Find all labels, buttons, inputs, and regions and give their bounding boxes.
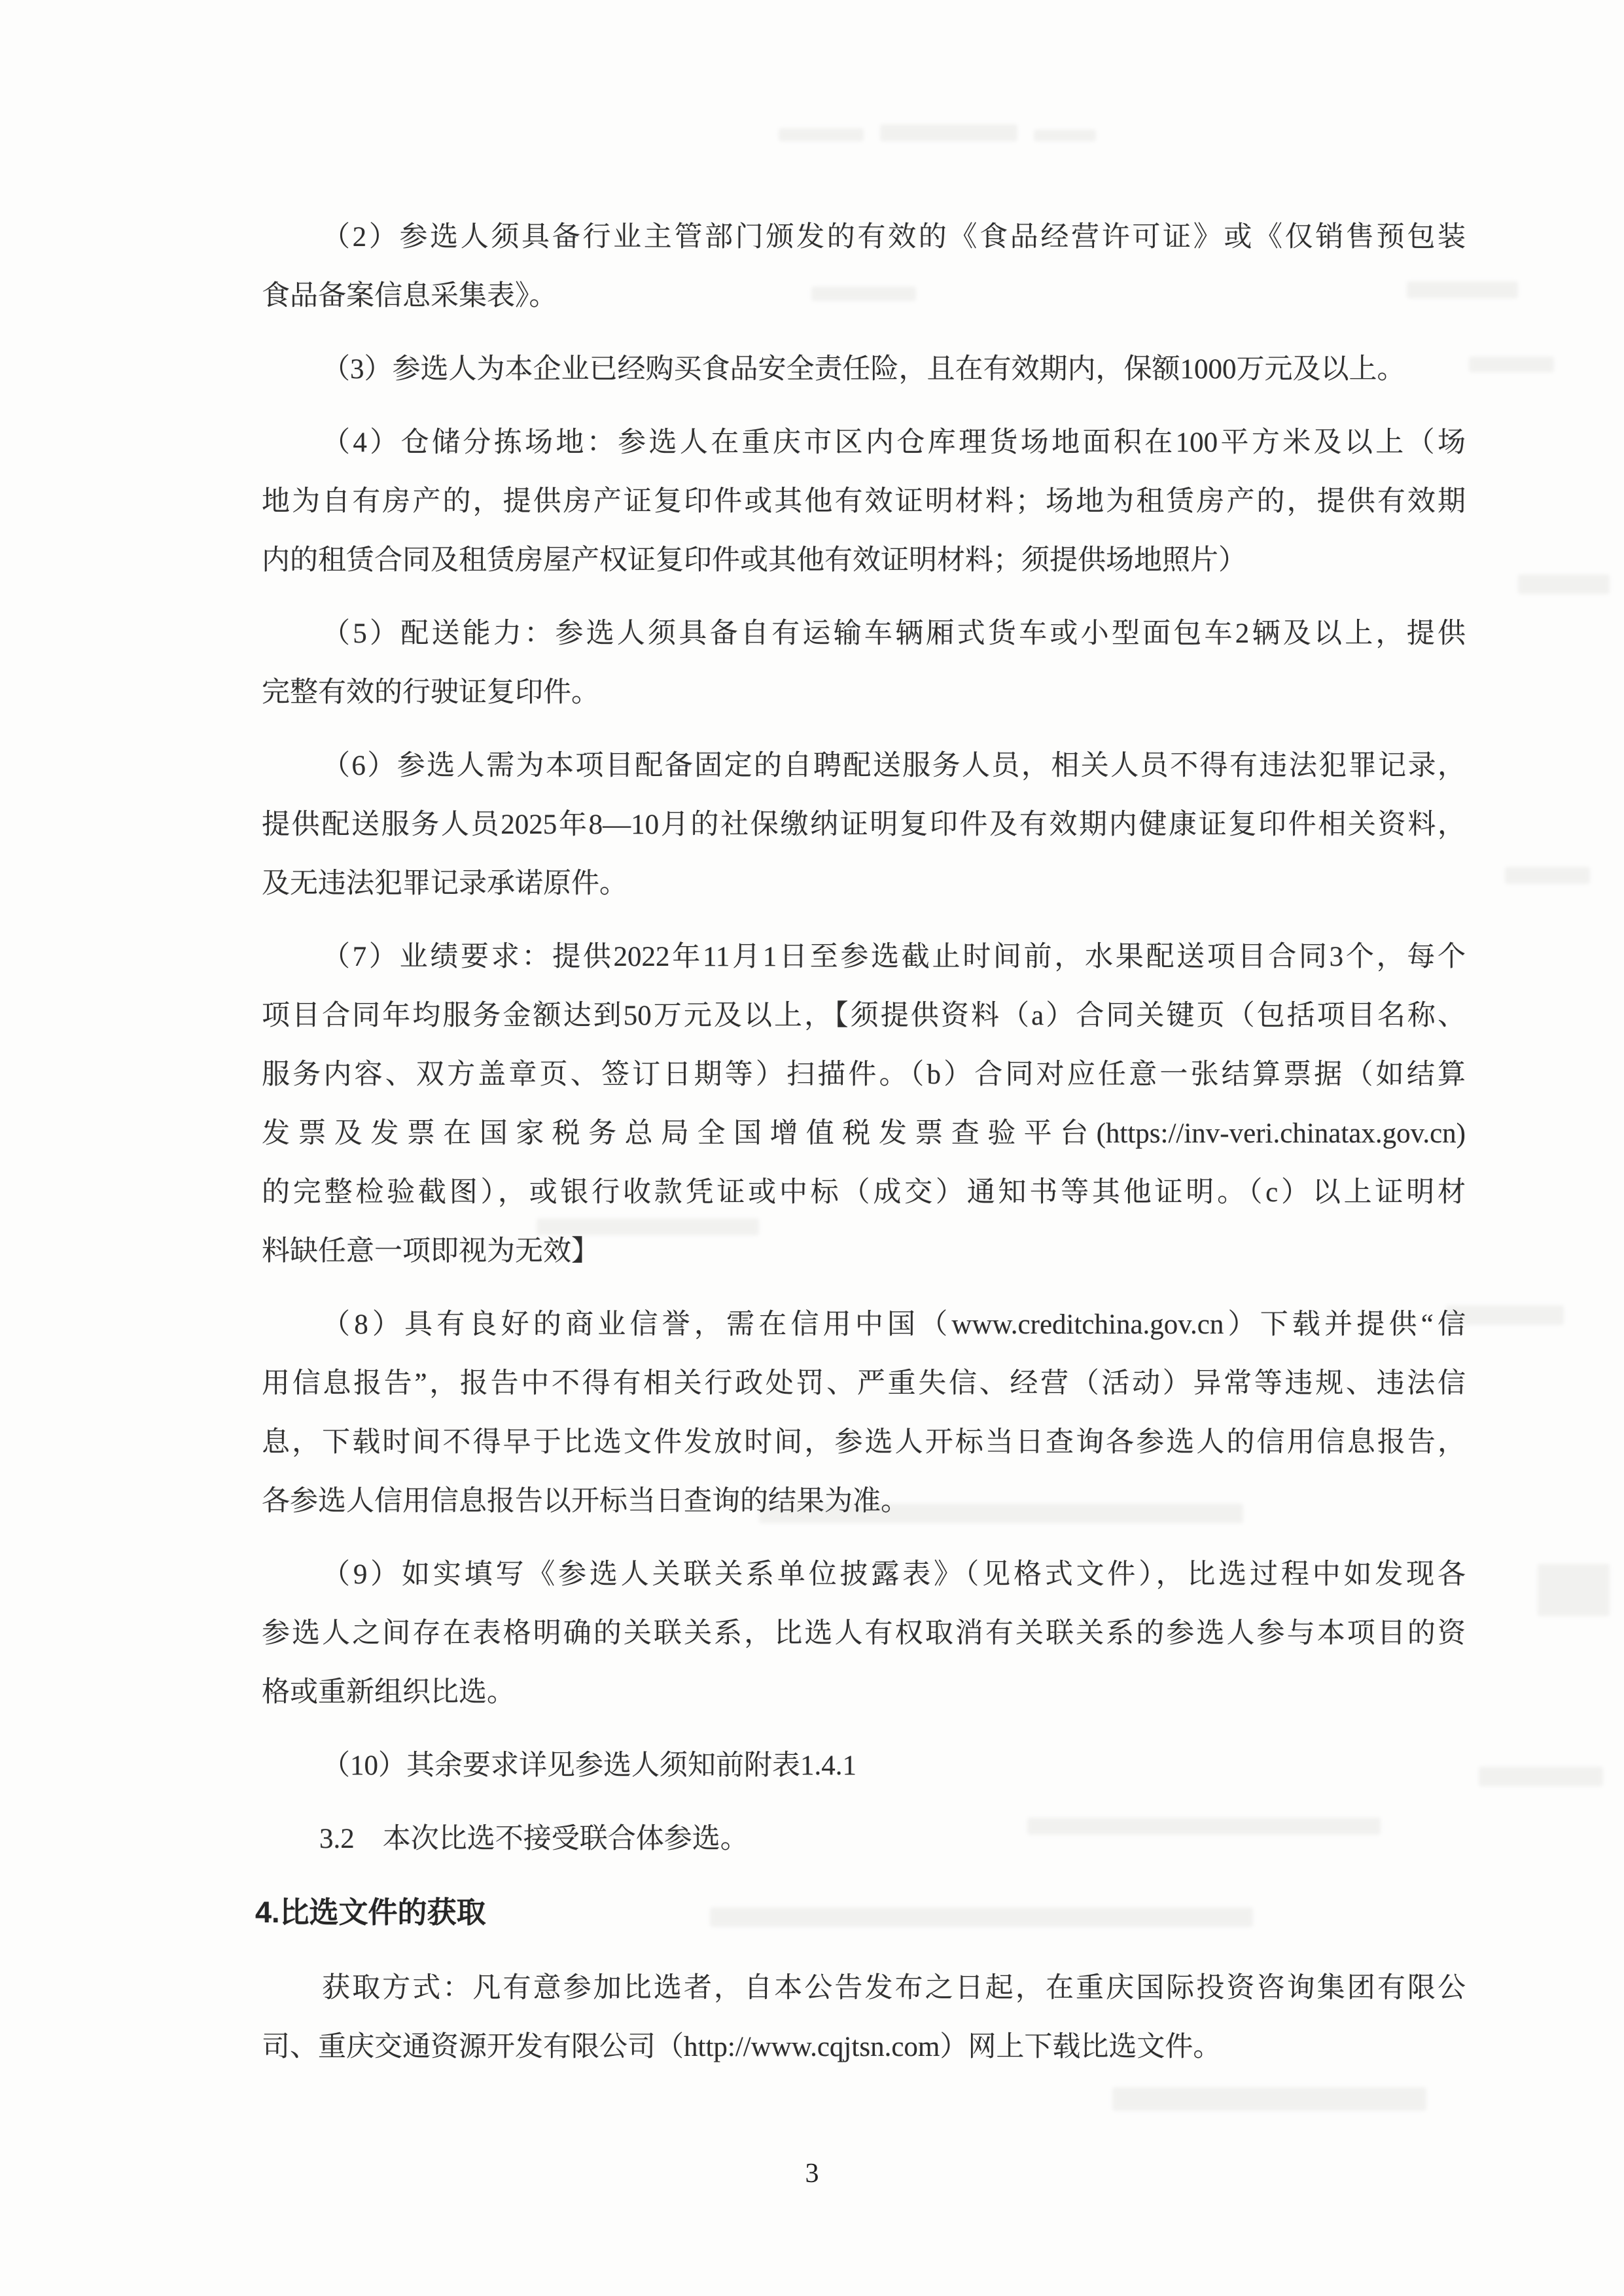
text-line: 内的租赁合同及租赁房屋产权证复印件或其他有效证明材料；须提供场地照片）: [262, 531, 1466, 590]
requirement-item-7: （7）业绩要求：提供2022年11月1日至参选截止时间前，水果配送项目合同3个，…: [262, 928, 1466, 1281]
text-line: 3.2 本次比选不接受联合体参选。: [262, 1810, 1466, 1869]
scan-artifact: [1469, 357, 1554, 372]
text-line: 发票及发票在国家税务总局全国增值税发票查验平台(https://inv-veri…: [262, 1104, 1466, 1163]
document-page: （2）参选人须具备行业主管部门颁发的有效的《食品经营许可证》或《仅销售预包装食品…: [0, 0, 1624, 2296]
requirement-item-3: （3）参选人为本企业已经购买食品安全责任险，且在有效期内，保额1000万元及以上…: [262, 340, 1466, 399]
requirement-item-8: （8）具有良好的商业信誉，需在信用中国（www.creditchina.gov.…: [262, 1296, 1466, 1531]
scan-artifact: [1518, 574, 1610, 594]
text-line: 料缺任意一项即视为无效】: [262, 1222, 1466, 1281]
text-line: （5）配送能力：参选人须具备自有运输车辆厢式货车或小型面包车2辆及以上，提供: [262, 605, 1466, 663]
scan-artifact: [1479, 1767, 1603, 1786]
clause-3-2: 3.2 本次比选不接受联合体参选。: [262, 1810, 1466, 1869]
text-line: 用信息报告”，报告中不得有相关行政处罚、严重失信、经营（活动）异常等违规、违法信: [262, 1354, 1466, 1413]
text-line: 服务内容、双方盖章页、签订日期等）扫描件。（b）合同对应任意一张结算票据（如结算: [262, 1046, 1466, 1104]
text-line: 各参选人信用信息报告以开标当日查询的结果为准。: [262, 1472, 1466, 1531]
text-line: 地为自有房产的，提供房产证复印件或其他有效证明材料；场地为租赁房产的，提供有效期: [262, 472, 1466, 531]
text-line: 食品备案信息采集表》。: [262, 267, 1466, 326]
text-line: （9）如实填写《参选人关联关系单位披露表》（见格式文件），比选过程中如发现各: [262, 1545, 1466, 1604]
text-line: 4.比选文件的获取: [262, 1883, 1466, 1942]
text-line: 息，下载时间不得早于比选文件发放时间，参选人开标当日查询各参选人的信用信息报告，: [262, 1413, 1466, 1472]
scan-artifact: [880, 124, 1017, 141]
document-body: （2）参选人须具备行业主管部门颁发的有效的《食品经营许可证》或《仅销售预包装食品…: [262, 208, 1466, 2091]
requirement-item-5: （5）配送能力：参选人须具备自有运输车辆厢式货车或小型面包车2辆及以上，提供完整…: [262, 605, 1466, 722]
text-line: 项目合同年均服务金额达到50万元及以上，【须提供资料（a）合同关键页（包括项目名…: [262, 987, 1466, 1046]
text-line: （6）参选人需为本项目配备固定的自聘配送服务人员，相关人员不得有违法犯罪记录，: [262, 737, 1466, 796]
text-line: 参选人之间存在表格明确的关联关系，比选人有权取消有关联关系的参选人参与本项目的资: [262, 1604, 1466, 1663]
scan-artifact: [1538, 1564, 1610, 1616]
text-line: 获取方式：凡有意参加比选者，自本公告发布之日起，在重庆国际投资咨询集团有限公: [262, 1959, 1466, 2018]
text-line: 格或重新组织比选。: [262, 1663, 1466, 1722]
text-line: （7）业绩要求：提供2022年11月1日至参选截止时间前，水果配送项目合同3个，…: [262, 928, 1466, 987]
text-line: （2）参选人须具备行业主管部门颁发的有效的《食品经营许可证》或《仅销售预包装: [262, 208, 1466, 267]
section-heading-4: 4.比选文件的获取: [262, 1883, 1466, 1942]
text-line: 及无违法犯罪记录承诺原件。: [262, 855, 1466, 913]
scan-artifact: [1505, 867, 1590, 884]
requirement-item-9: （9）如实填写《参选人关联关系单位披露表》（见格式文件），比选过程中如发现各参选…: [262, 1545, 1466, 1722]
requirement-item-6: （6）参选人需为本项目配备固定的自聘配送服务人员，相关人员不得有违法犯罪记录，提…: [262, 737, 1466, 913]
text-line: 完整有效的行驶证复印件。: [262, 663, 1466, 722]
requirement-item-2: （2）参选人须具备行业主管部门颁发的有效的《食品经营许可证》或《仅销售预包装食品…: [262, 208, 1466, 326]
scan-artifact: [779, 128, 864, 141]
page-number: 3: [0, 2157, 1624, 2191]
text-line: 提供配送服务人员2025年8—10月的社保缴纳证明复印件及有效期内健康证复印件相…: [262, 796, 1466, 855]
scan-artifact: [1034, 130, 1096, 141]
text-line: 司、重庆交通资源开发有限公司（http://www.cqjtsn.com）网上下…: [262, 2018, 1466, 2077]
text-line: 的完整检验截图），或银行收款凭证或中标（成交）通知书等其他证明。（c）以上证明材: [262, 1163, 1466, 1222]
text-line: （4）仓储分拣场地：参选人在重庆市区内仓库理货场地面积在100平方米及以上（场: [262, 414, 1466, 472]
text-line: （8）具有良好的商业信誉，需在信用中国（www.creditchina.gov.…: [262, 1296, 1466, 1354]
text-line: （3）参选人为本企业已经购买食品安全责任险，且在有效期内，保额1000万元及以上…: [262, 340, 1466, 399]
acquisition-paragraph: 获取方式：凡有意参加比选者，自本公告发布之日起，在重庆国际投资咨询集团有限公司、…: [262, 1959, 1466, 2077]
requirement-item-10: （10）其余要求详见参选人须知前附表1.4.1: [262, 1737, 1466, 1795]
requirement-item-4: （4）仓储分拣场地：参选人在重庆市区内仓库理货场地面积在100平方米及以上（场地…: [262, 414, 1466, 590]
text-line: （10）其余要求详见参选人须知前附表1.4.1: [262, 1737, 1466, 1795]
